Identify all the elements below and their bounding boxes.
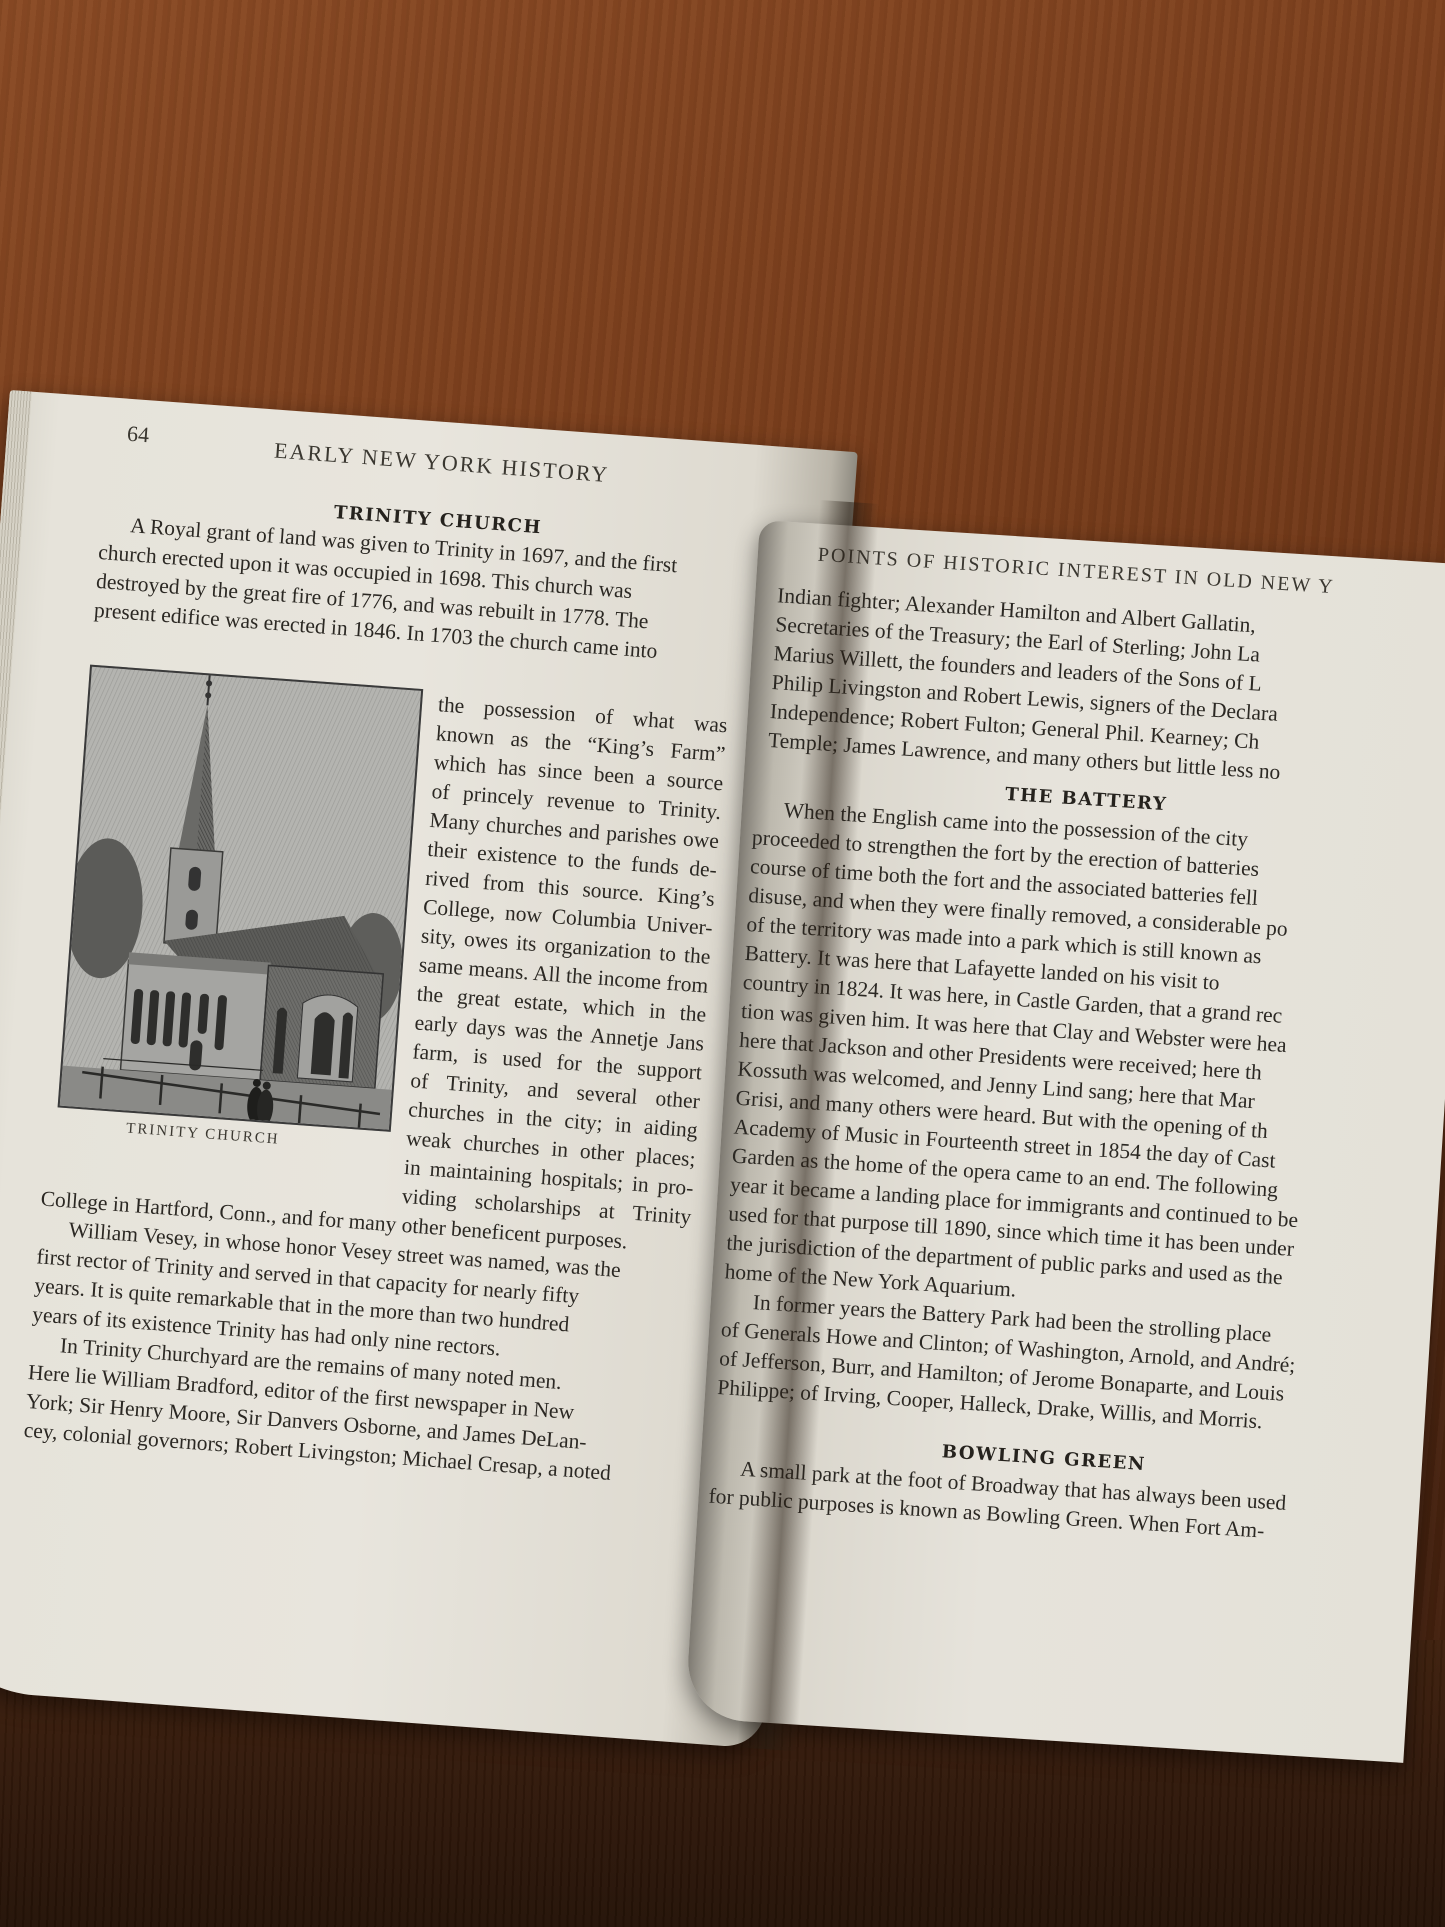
body-paragraphs: College in Hartford, Conn., and for many…: [23, 1184, 690, 1492]
figure-caption: TRINITY CHURCH: [126, 1121, 281, 1149]
church-engraving-icon: [60, 667, 421, 1130]
intro-paragraph: A Royal grant of land was given to Trini…: [93, 509, 740, 672]
page-edges: [0, 390, 32, 1688]
trinity-church-illustration: [58, 665, 424, 1132]
page-number: 64: [126, 421, 150, 449]
section-title-the-battery: THE BATTERY: [1005, 784, 1168, 815]
right-page: POINTS OF HISTORIC INTEREST IN OLD NEW Y…: [685, 520, 1445, 1763]
wrapped-paragraph: the possession of what was known as the …: [401, 690, 728, 1232]
battery-paragraphs: When the English came into the possessio…: [717, 794, 1445, 1448]
continuation-paragraph: Indian fighter; Alexander Hamilton and A…: [767, 581, 1445, 800]
running-head: EARLY NEW YORK HISTORY: [273, 438, 610, 489]
